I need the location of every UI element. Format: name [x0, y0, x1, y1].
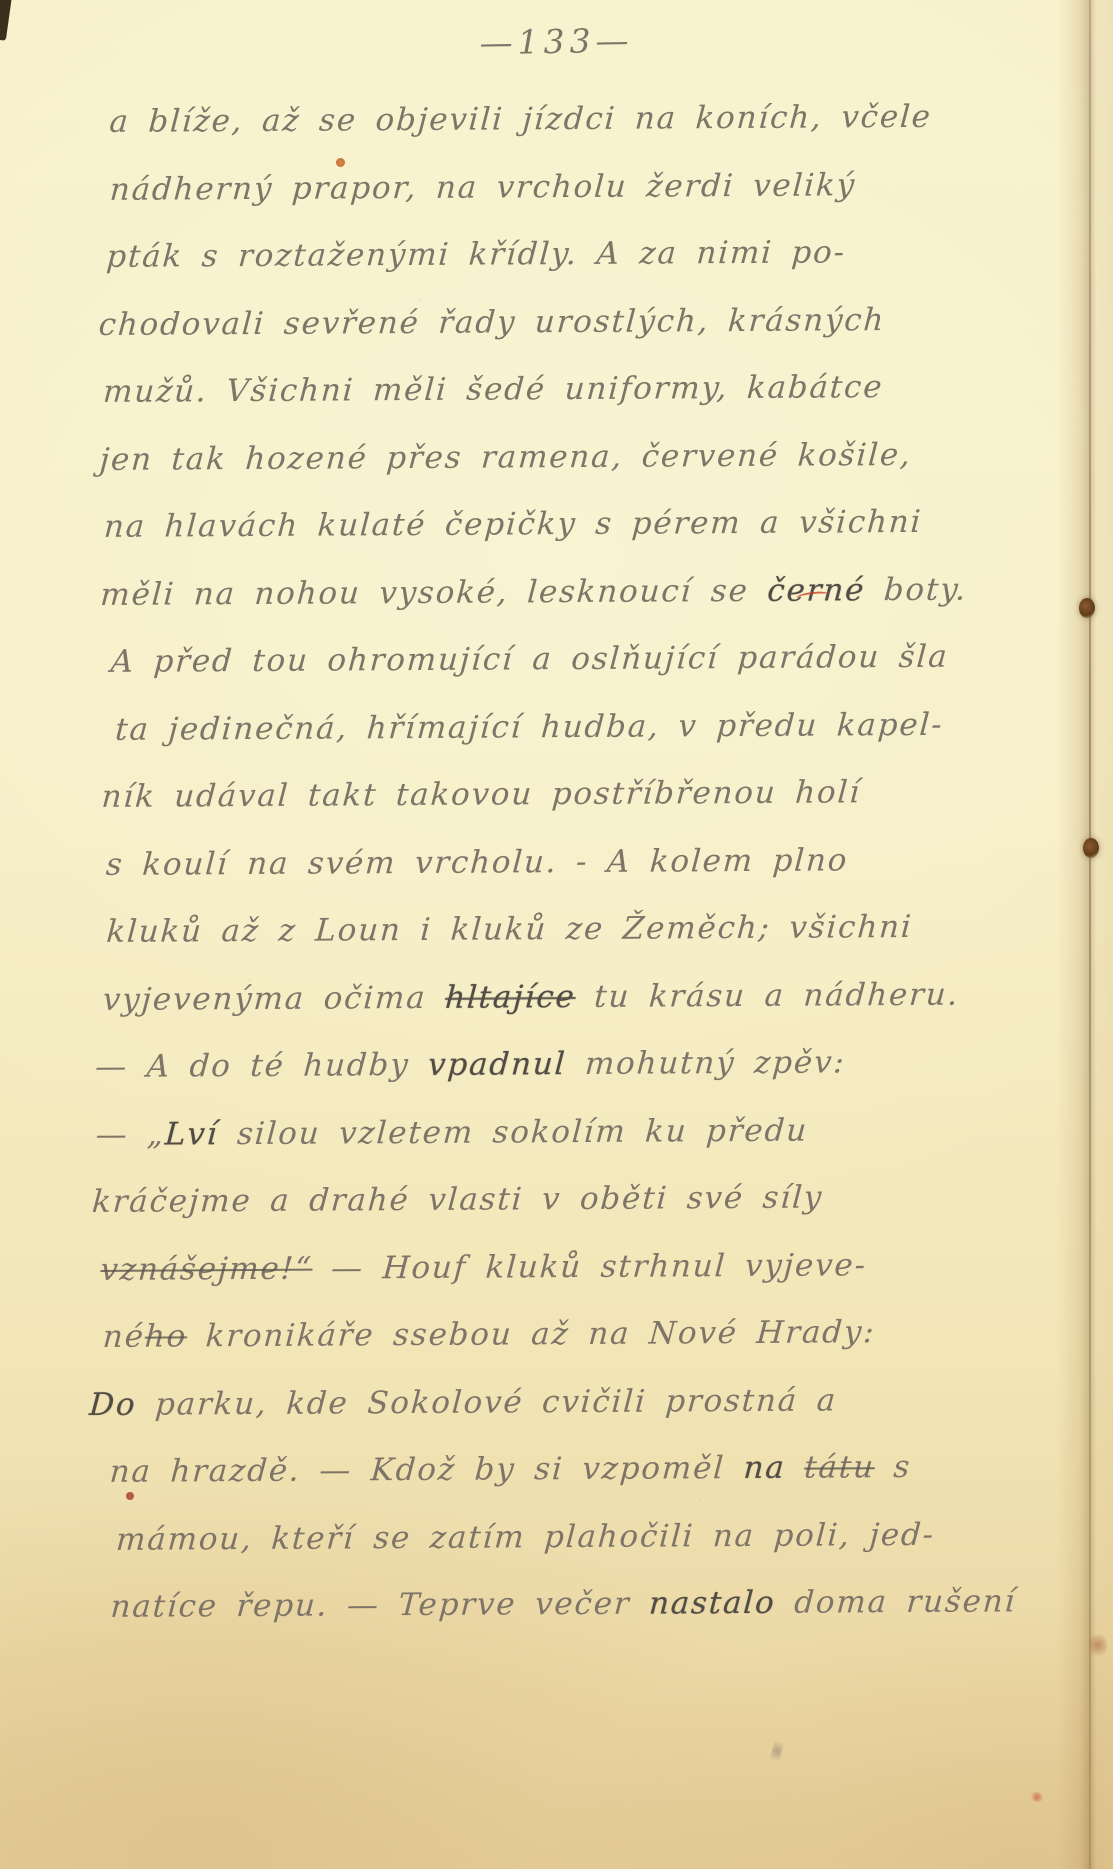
handwritten-line: — A do té hudby vpadnul mohutný zpěv: — [93, 1028, 1065, 1101]
paper-speck — [126, 1492, 134, 1500]
handwriting-lines: a blíže, až se objevili jízdci na koních… — [97, 83, 1066, 1641]
text-segment: — „ — [95, 1116, 167, 1152]
text-segment: kronikáře ssebou až na Nové Hrady: — [186, 1314, 877, 1354]
handwritten-line: kluků až z Loun i kluků ze Žeměch; všich… — [104, 893, 1064, 966]
text-segment: né — [102, 1319, 146, 1355]
text-segment: kráčejme a drahé vlasti v oběti své síly — [91, 1180, 824, 1220]
handwritten-line: na hlavách kulaté čepičky s pérem a všic… — [102, 488, 1062, 561]
text-segment: nastalo — [648, 1585, 777, 1622]
handwritten-line: jen tak hozené přes ramena, červené koši… — [97, 421, 1061, 494]
paper-speck — [336, 158, 345, 167]
handwritten-line: pták s roztaženými křídly. A za nimi po- — [104, 218, 1060, 291]
wormhole-spot — [1083, 838, 1099, 858]
handwritten-line: Do parku, kde Sokolové cvičili prostná a — [87, 1366, 1067, 1439]
handwritten-line: ta jedinečná, hřímající hudba, v předu k… — [113, 691, 1063, 764]
text-segment: Do — [88, 1386, 137, 1422]
text-segment: vyjevenýma očima — [102, 979, 447, 1017]
handwritten-line: vyjevenýma očima hltajíce tu krásu a nád… — [101, 961, 1065, 1034]
handwritten-line: nádherný prapor, na vrcholu žerdi veliký — [108, 151, 1060, 224]
text-segment: a blíže, až se objevili jízdci na koních… — [108, 99, 933, 140]
wormhole-spot — [1079, 598, 1095, 618]
text-segment: doma rušení — [774, 1583, 1017, 1620]
text-segment: hltajíce — [444, 979, 577, 1016]
handwritten-line: mámou, kteří se zatím plahočili na poli,… — [114, 1501, 1068, 1574]
manuscript-page: —133— a blíže, až se objevili jízdci na … — [0, 0, 1113, 1869]
text-segment: parku, kde Sokolové cvičili prostná a — [135, 1382, 838, 1422]
text-segment: mámou, kteří se zatím plahočili na poli,… — [115, 1516, 936, 1557]
text-segment: měli na nohou vysoké, lesknoucí se — [99, 572, 768, 612]
handwritten-line: ného kronikáře ssebou až na Nové Hrady: — [101, 1298, 1067, 1371]
handwritten-line: A před tou ohromující a oslňující parádo… — [109, 623, 1063, 696]
page-number: —133— — [0, 12, 1113, 70]
paper-speck — [1029, 1790, 1046, 1804]
handwritten-line: natíce řepu. — Teprve večer nastalo doma… — [108, 1568, 1068, 1641]
text-segment: s — [874, 1449, 913, 1485]
text-segment: tátu — [803, 1449, 876, 1485]
text-segment: chodovali sevřené řady urostlých, krásný… — [98, 302, 887, 343]
handwritten-line: chodovali sevřené řady urostlých, krásný… — [97, 286, 1061, 359]
text-segment: — Houf kluků strhnul vyjeve- — [311, 1247, 868, 1286]
text-segment: A před tou ohromující a oslňující parádo… — [110, 639, 950, 680]
pencil-smudge — [769, 1737, 785, 1765]
text-segment: vpadnul — [427, 1046, 567, 1083]
text-segment: Lví — [164, 1116, 220, 1152]
text-segment: natíce řepu. — Teprve večer — [109, 1586, 650, 1625]
text-segment: kluků až z Loun i kluků ze Žeměch; všich… — [105, 909, 913, 950]
text-segment: silou vzletem sokolím ku předu — [217, 1112, 809, 1152]
handwritten-line: — „Lví silou vzletem sokolím ku předu — [94, 1096, 1066, 1169]
handwritten-line: měli na nohou vysoké, lesknoucí se černé… — [98, 556, 1062, 629]
text-segment: — A do té hudby — [94, 1047, 429, 1085]
text-segment: nádherný prapor, na vrcholu žerdi veliký — [109, 167, 857, 208]
handwritten-line: a blíže, až se objevili jízdci na koních… — [107, 83, 1059, 156]
text-segment: tu krásu a nádheru. — [575, 976, 961, 1014]
text-segment: mohutný zpěv: — [565, 1044, 847, 1082]
page-edge-crease-line — [1089, 0, 1091, 1869]
text-segment: jen tak hozené přes ramena, červené koši… — [98, 436, 912, 477]
handwritten-line: vznášejme!“ — Houf kluků strhnul vyjeve- — [98, 1231, 1066, 1304]
text-segment: ho — [144, 1318, 189, 1354]
paper-smudge — [1089, 1632, 1107, 1658]
text-segment: boty. — [864, 571, 968, 608]
handwritten-line: na hrazdě. — Kdož by si vzpoměl na tátu … — [108, 1433, 1068, 1506]
text-segment: ník udával takt takovou postříbřenou hol… — [100, 774, 862, 815]
text-segment: s koulí na svém vrcholu. - A kolem plno — [105, 842, 850, 883]
handwritten-line: kráčejme a drahé vlasti v oběti své síly — [90, 1163, 1066, 1236]
page-edge-crease — [1057, 0, 1113, 1869]
text-segment: na hlavách kulaté čepičky s pérem a všic… — [103, 504, 924, 545]
text-segment: mužů. Všichni měli šedé uniformy, kabátc… — [102, 369, 885, 410]
text-segment: na — [742, 1450, 805, 1486]
text-segment: pták s roztaženými křídly. A za nimi po- — [105, 234, 847, 275]
handwritten-line: s koulí na svém vrcholu. - A kolem plno — [104, 826, 1064, 899]
text-segment: vznášejme!“ — [99, 1250, 313, 1287]
text-segment: ta jedinečná, hřímající hudba, v předu k… — [114, 706, 945, 747]
text-segment: černé — [766, 572, 866, 609]
handwritten-line: ník udával takt takovou postříbřenou hol… — [99, 758, 1063, 831]
handwritten-line: mužů. Všichni měli šedé uniformy, kabátc… — [101, 353, 1061, 426]
text-segment: na hrazdě. — Kdož by si vzpoměl — [109, 1450, 745, 1490]
